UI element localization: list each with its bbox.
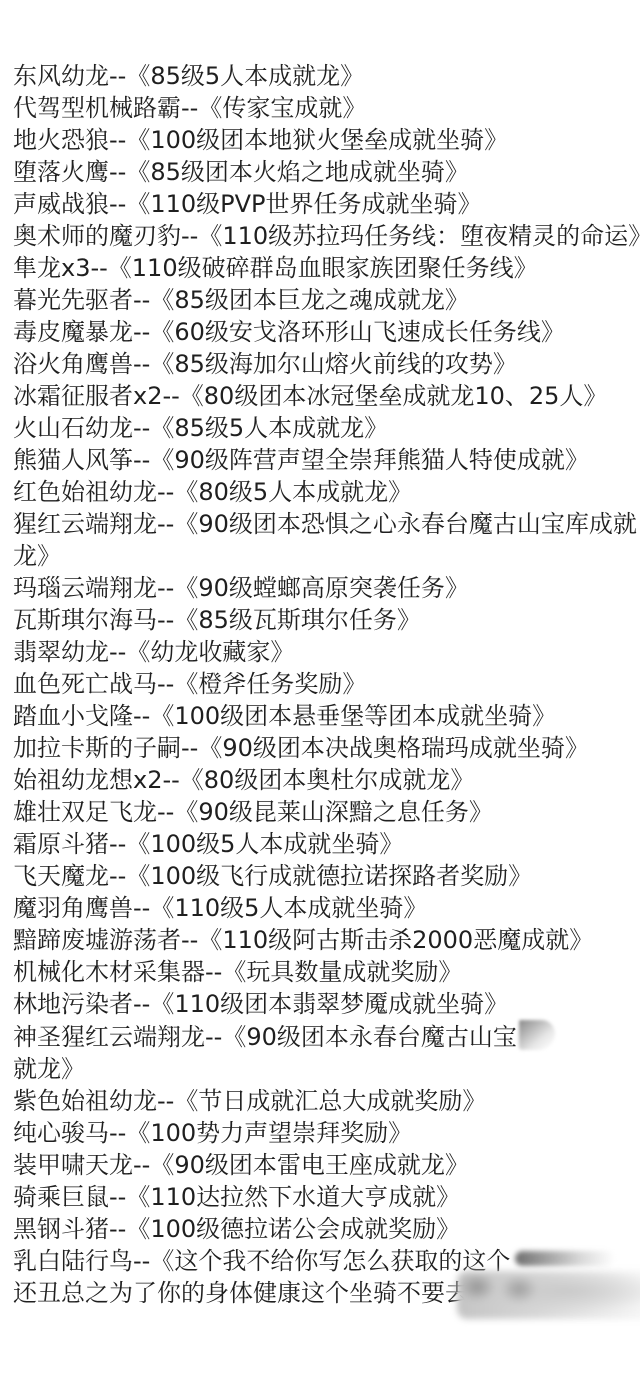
mount-item-text: 魔羽角鹰兽--《110级5人本成就坐骑》: [13, 894, 427, 922]
mount-list-item: 玛瑙云端翔龙--《90级螳螂高原突袭任务》: [13, 572, 627, 604]
mount-item-text: 飞天魔龙--《100级飞行成就德拉诺探路者奖励》: [13, 862, 532, 890]
mount-item-text: 雄壮双足飞龙--《90级昆莱山深黯之息任务》: [13, 798, 493, 826]
mount-list: 东风幼龙--《85级5人本成就龙》代驾型机械路霸--《传家宝成就》地火恐狼--《…: [13, 60, 627, 1319]
mount-item-text: 霜原斗猪--《100级5人本成就坐骑》: [13, 830, 403, 858]
mount-list-item: 堕落火鹰--《85级团本火焰之地成就坐骑》: [13, 156, 627, 188]
mount-list-item: 装甲啸天龙--《90级团本雷电王座成就龙》: [13, 1149, 627, 1181]
mount-item-text: 机械化木材采集器--《玩具数量成就奖励》: [13, 958, 462, 986]
mount-item-text: 猩红云端翔龙--《90级团本恐惧之心永春台魔古山宝库成就: [13, 510, 637, 538]
mount-list-item: 纯心骏马--《100势力声望崇拜奖励》: [13, 1117, 627, 1149]
mount-list-item: 加拉卡斯的子嗣--《90级团本决战奥格瑞玛成就坐骑》: [13, 732, 627, 764]
mount-list-item: 飞天魔龙--《100级飞行成就德拉诺探路者奖励》: [13, 860, 627, 892]
mount-item-text: 林地污染者--《110级团本翡翠梦魇成就坐骑》: [13, 990, 508, 1018]
mount-list-item: 机械化木材采集器--《玩具数量成就奖励》: [13, 956, 627, 988]
mount-item-text: 黯蹄废墟游荡者--《110级阿古斯击杀2000恶魔成就》: [13, 926, 593, 954]
mount-item-text: 声威战狼--《110级PVP世界任务成就坐骑》: [13, 190, 482, 218]
mount-list-item: 霜原斗猪--《100级5人本成就坐骑》: [13, 828, 627, 860]
mount-list-item: 血色死亡战马--《橙斧任务奖励》: [13, 668, 627, 700]
mount-item-text: 奥术师的魔刃豹--《110级苏拉玛任务线：堕夜精灵的命运》: [13, 222, 640, 250]
mount-list-item: 瓦斯琪尔海马--《85级瓦斯琪尔任务》: [13, 604, 627, 636]
mount-item-text: 神圣猩红云端翔龙--《90级团本永春台魔古山宝: [13, 1023, 517, 1051]
mount-item-text: 玛瑙云端翔龙--《90级螳螂高原突袭任务》: [13, 574, 469, 602]
mount-item-text: 始祖幼龙想x2--《80级团本奥杜尔成就龙》: [13, 766, 474, 794]
mount-item-text: 乳白陆行鸟--《这个我不给你写怎么获取的这个: [13, 1247, 510, 1275]
mount-list-item: 红色始祖幼龙--《80级5人本成就龙》: [13, 476, 627, 508]
mount-item-text: 纯心骏马--《100势力声望崇拜奖励》: [13, 1119, 412, 1147]
mount-item-text: 熊猫人风筝--《90级阵营声望全崇拜熊猫人特使成就》: [13, 446, 589, 474]
mount-list-item: 神圣猩红云端翔龙--《90级团本永春台魔古山宝: [13, 1020, 627, 1053]
mount-item-text: 毒皮魔暴龙--《60级安戈洛环形山飞速成长任务线》: [13, 318, 565, 346]
mount-item-text: 黑钢斗猪--《100级德拉诺公会成就奖励》: [13, 1215, 460, 1243]
curl-smudge-overlay: [519, 1020, 555, 1050]
mount-list-item: 奥术师的魔刃豹--《110级苏拉玛任务线：堕夜精灵的命运》: [13, 220, 627, 252]
mount-item-text: 装甲啸天龙--《90级团本雷电王座成就龙》: [13, 1151, 469, 1179]
mount-list-item: 就龙》: [13, 1053, 627, 1085]
blob-smudge-overlay: [457, 1271, 640, 1319]
mount-item-text: 东风幼龙--《85级5人本成就龙》: [13, 62, 364, 90]
mount-item-text: 代驾型机械路霸--《传家宝成就》: [13, 94, 366, 122]
mount-item-text: 加拉卡斯的子嗣--《90级团本决战奥格瑞玛成就坐骑》: [13, 734, 589, 762]
mount-item-text: 隼龙x3--《110级破碎群岛血眼家族团聚任务线》: [13, 254, 538, 282]
mount-item-text: 骑乘巨鼠--《110达拉然下水道大亨成就》: [13, 1183, 460, 1211]
mount-item-text: 瓦斯琪尔海马--《85级瓦斯琪尔任务》: [13, 606, 421, 634]
mount-list-item: 冰霜征服者x2--《80级团本冰冠堡垒成就龙10、25人》: [13, 380, 627, 412]
mount-list-item: 还丑总之为了你的身体健康这个坐骑不要去: [13, 1277, 627, 1319]
mount-list-item: 踏血小戈隆--《100级团本悬垂堡等团本成就坐骑》: [13, 700, 627, 732]
mount-list-item: 声威战狼--《110级PVP世界任务成就坐骑》: [13, 188, 627, 220]
mount-list-item: 熊猫人风筝--《90级阵营声望全崇拜熊猫人特使成就》: [13, 444, 627, 476]
mount-list-item: 翡翠幼龙--《幼龙收藏家》: [13, 636, 627, 668]
mount-item-text: 就龙》: [13, 1055, 85, 1083]
mount-list-item: 浴火角鹰兽--《85级海加尔山熔火前线的攻势》: [13, 348, 627, 380]
mount-list-item: 隼龙x3--《110级破碎群岛血眼家族团聚任务线》: [13, 252, 627, 284]
mount-list-item: 雄壮双足飞龙--《90级昆莱山深黯之息任务》: [13, 796, 627, 828]
mount-list-item: 地火恐狼--《100级团本地狱火堡垒成就坐骑》: [13, 124, 627, 156]
mount-item-text: 血色死亡战马--《橙斧任务奖励》: [13, 670, 366, 698]
mount-list-item: 代驾型机械路霸--《传家宝成就》: [13, 92, 627, 124]
mount-item-text: 堕落火鹰--《85级团本火焰之地成就坐骑》: [13, 158, 469, 186]
mount-list-item: 黯蹄废墟游荡者--《110级阿古斯击杀2000恶魔成就》: [13, 924, 627, 956]
mount-list-item: 骑乘巨鼠--《110达拉然下水道大亨成就》: [13, 1181, 627, 1213]
mount-item-text: 龙》: [13, 542, 61, 570]
mount-list-item: 黑钢斗猪--《100级德拉诺公会成就奖励》: [13, 1213, 627, 1245]
mount-list-item: 暮光先驱者--《85级团本巨龙之魂成就龙》: [13, 284, 627, 316]
mount-list-item: 毒皮魔暴龙--《60级安戈洛环形山飞速成长任务线》: [13, 316, 627, 348]
mount-list-item: 东风幼龙--《85级5人本成就龙》: [13, 60, 627, 92]
mount-list-item: 魔羽角鹰兽--《110级5人本成就坐骑》: [13, 892, 627, 924]
mount-item-text: 紫色始祖幼龙--《节日成就汇总大成就奖励》: [13, 1087, 486, 1115]
mount-list-item: 火山石幼龙--《85级5人本成就龙》: [13, 412, 627, 444]
mount-list-item: 猩红云端翔龙--《90级团本恐惧之心永春台魔古山宝库成就: [13, 508, 627, 540]
mount-item-text: 浴火角鹰兽--《85级海加尔山熔火前线的攻势》: [13, 350, 517, 378]
mount-list-item: 始祖幼龙想x2--《80级团本奥杜尔成就龙》: [13, 764, 627, 796]
mount-list-item: 林地污染者--《110级团本翡翠梦魇成就坐骑》: [13, 988, 627, 1020]
mount-item-text: 地火恐狼--《100级团本地狱火堡垒成就坐骑》: [13, 126, 508, 154]
mount-item-text: 翡翠幼龙--《幼龙收藏家》: [13, 638, 294, 666]
mount-item-text: 红色始祖幼龙--《80级5人本成就龙》: [13, 478, 412, 506]
streak-smudge-overlay: [515, 1251, 615, 1266]
mount-list-item: 紫色始祖幼龙--《节日成就汇总大成就奖励》: [13, 1085, 627, 1117]
mount-item-text: 冰霜征服者x2--《80级团本冰冠堡垒成就龙10、25人》: [13, 382, 607, 410]
mount-item-text: 还丑总之为了你的身体健康这个坐骑不要去: [13, 1279, 469, 1307]
mount-item-text: 踏血小戈隆--《100级团本悬垂堡等团本成就坐骑》: [13, 702, 556, 730]
mount-list-item: 龙》: [13, 540, 627, 572]
mount-item-text: 火山石幼龙--《85级5人本成就龙》: [13, 414, 388, 442]
mount-guide-page: 东风幼龙--《85级5人本成就龙》代驾型机械路霸--《传家宝成就》地火恐狼--《…: [0, 0, 640, 1386]
mount-item-text: 暮光先驱者--《85级团本巨龙之魂成就龙》: [13, 286, 469, 314]
